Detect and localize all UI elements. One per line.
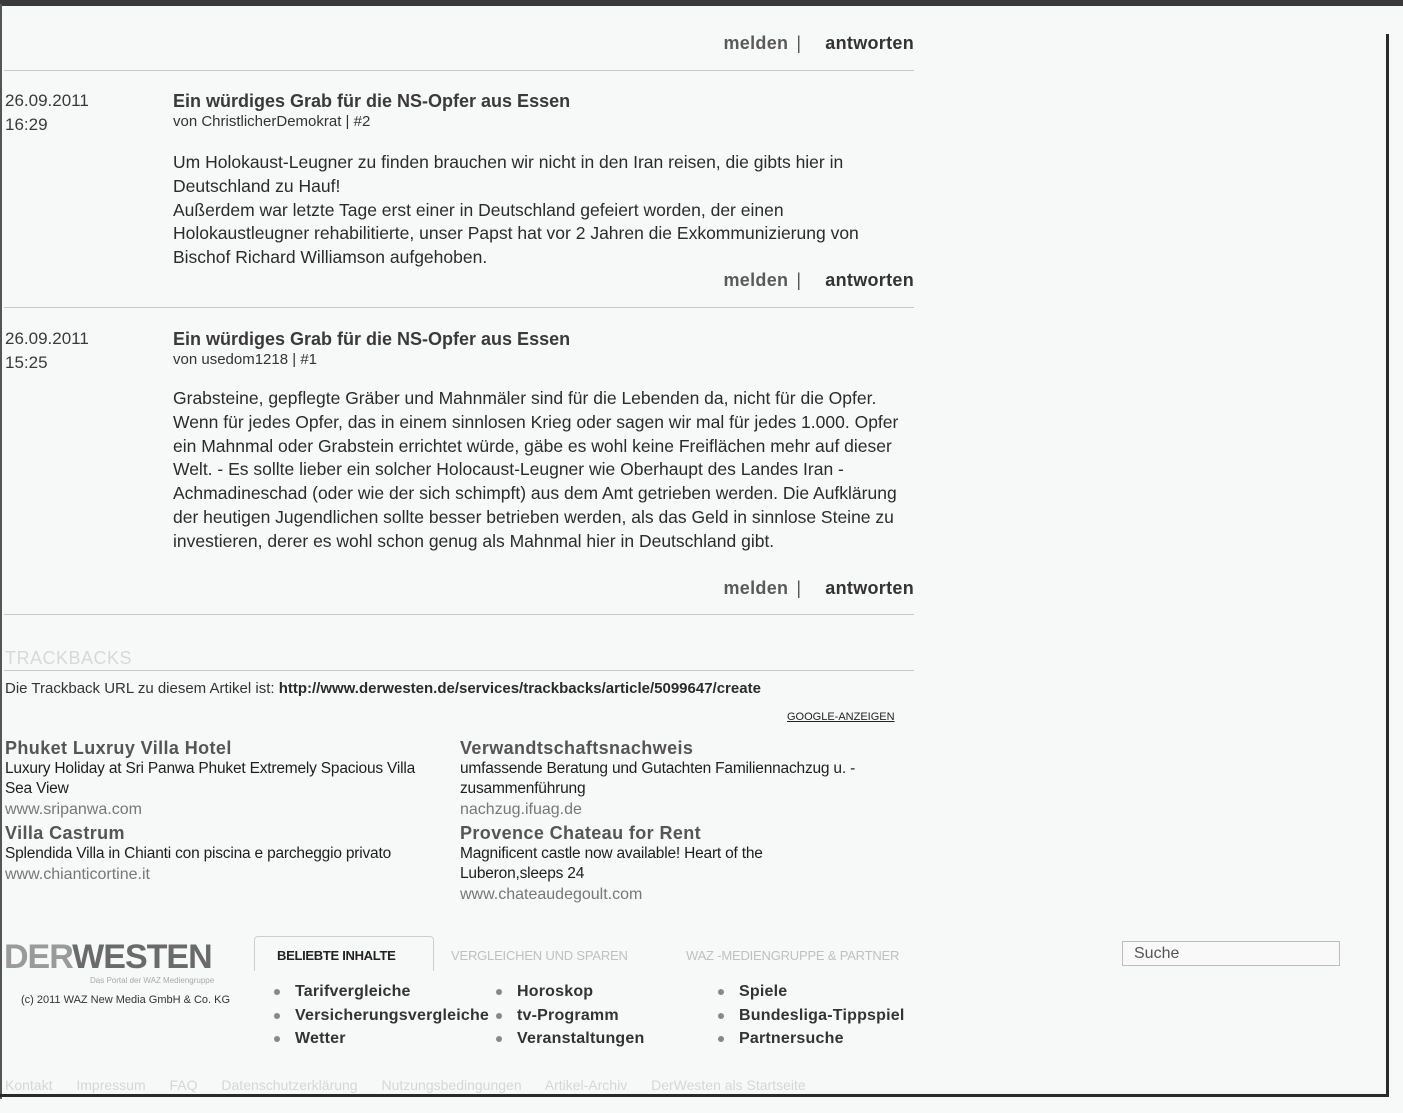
comment-time: 15:25 xyxy=(5,351,89,375)
actions-separator: | xyxy=(796,270,801,290)
ad-title[interactable]: Phuket Luxruy Villa Hotel xyxy=(5,737,455,759)
ad-item[interactable]: Phuket Luxruy Villa Hotel Luxury Holiday… xyxy=(5,737,455,820)
ad-url[interactable]: www.sripanwa.com xyxy=(5,799,455,820)
footer-link-nutzungsbedingungen[interactable]: Nutzungsbedingungen xyxy=(381,1077,521,1093)
ad-url[interactable]: nachzug.ifuag.de xyxy=(460,799,910,820)
footer-link-horoskop[interactable]: Horoskop xyxy=(496,980,644,1004)
tab-label: BELIEBTE INHALTE xyxy=(277,948,395,963)
footer-link-spiele[interactable]: Spiele xyxy=(718,980,905,1004)
comment-title[interactable]: Ein würdiges Grab für die NS-Opfer aus E… xyxy=(173,327,570,351)
comment-paragraph: Grabsteine, gepflegte Gräber und Mahnmäl… xyxy=(173,387,913,554)
ad-item[interactable]: Provence Chateau for Rent Magnificent ca… xyxy=(460,822,910,905)
actions-separator: | xyxy=(796,578,801,598)
footer-links: Kontakt Impressum FAQ Datenschutzerkläru… xyxy=(5,1077,826,1093)
comment-body: Grabsteine, gepflegte Gräber und Mahnmäl… xyxy=(173,387,913,554)
actions-separator: | xyxy=(796,33,801,53)
ad-url[interactable]: www.chateaudegoult.com xyxy=(460,884,910,905)
page-right-border xyxy=(1386,34,1389,1096)
report-link[interactable]: melden xyxy=(723,33,788,53)
comment-author[interactable]: von usedom1218 | #1 xyxy=(173,351,317,368)
comment-time: 16:29 xyxy=(5,113,89,137)
reply-link[interactable]: antworten xyxy=(825,578,914,598)
logo-der: DER xyxy=(4,938,72,976)
reply-link[interactable]: antworten xyxy=(825,270,914,290)
trackbacks-heading: TRACKBACKS xyxy=(5,648,132,669)
trackback-info: Die Trackback URL zu diesem Artikel ist:… xyxy=(5,680,761,697)
ad-item[interactable]: Villa Castrum Splendida Villa in Chianti… xyxy=(5,822,455,885)
comment-title[interactable]: Ein würdiges Grab für die NS-Opfer aus E… xyxy=(173,89,570,113)
footer-link-partnersuche[interactable]: Partnersuche xyxy=(718,1027,905,1051)
google-ads-label[interactable]: GOOGLE-ANZEIGEN xyxy=(787,711,895,723)
tab-vergleichen-und-sparen[interactable]: VERGLEICHEN UND SPAREN xyxy=(451,948,628,963)
footer-link-startseite[interactable]: DerWesten als Startseite xyxy=(651,1077,806,1093)
popular-links-list: Tarifvergleiche Versicherungsvergleiche … xyxy=(274,980,489,1051)
footer-link-kontakt[interactable]: Kontakt xyxy=(5,1077,52,1093)
footer-link-faq[interactable]: FAQ xyxy=(170,1077,198,1093)
comment-date: 26.09.2011 xyxy=(5,327,89,351)
page-bottom-border xyxy=(0,1094,1389,1097)
ad-title[interactable]: Provence Chateau for Rent xyxy=(460,822,910,844)
footer-link-tv-programm[interactable]: tv-Programm xyxy=(496,1004,644,1028)
comment-divider xyxy=(4,614,914,615)
footer-link-impressum[interactable]: Impressum xyxy=(76,1077,145,1093)
logo-westen: WESTEN xyxy=(72,938,211,976)
comment-paragraph: Um Holokaust-Leugner zu finden brauchen … xyxy=(173,151,913,199)
footer-link-veranstaltungen[interactable]: Veranstaltungen xyxy=(496,1027,644,1051)
comment-divider xyxy=(4,307,914,308)
report-link[interactable]: melden xyxy=(723,578,788,598)
footer-link-datenschutz[interactable]: Datenschutzerklärung xyxy=(221,1077,357,1093)
comment-datetime: 26.09.2011 16:29 xyxy=(5,89,89,137)
comment-body: Um Holokaust-Leugner zu finden brauchen … xyxy=(173,151,913,270)
comment-paragraph: Außerdem war letzte Tage erst einer in D… xyxy=(173,199,913,270)
ad-text: umfassende Beratung und Gutachten Famili… xyxy=(460,759,915,799)
trackbacks-divider xyxy=(4,670,914,671)
footer-link-tarifvergleiche[interactable]: Tarifvergleiche xyxy=(274,980,489,1004)
comment-author[interactable]: von ChristlicherDemokrat | #2 xyxy=(173,113,370,130)
search-input[interactable] xyxy=(1122,941,1340,966)
comment-divider xyxy=(4,70,914,71)
scan-top-edge xyxy=(0,0,1403,6)
ad-url[interactable]: www.chianticortine.it xyxy=(5,864,455,885)
copyright: (c) 2011 WAZ New Media GmbH & Co. KG xyxy=(21,994,230,1006)
ad-text: Luxury Holiday at Sri Panwa Phuket Extre… xyxy=(5,759,435,799)
popular-links-list: Horoskop tv-Programm Veranstaltungen xyxy=(496,980,644,1051)
comment-actions: melden|antworten xyxy=(600,33,914,54)
ad-title[interactable]: Verwandtschaftsnachweis xyxy=(460,737,910,759)
ad-item[interactable]: Verwandtschaftsnachweis umfassende Berat… xyxy=(460,737,910,820)
trackback-url[interactable]: http://www.derwesten.de/services/trackba… xyxy=(279,680,761,697)
ad-title[interactable]: Villa Castrum xyxy=(5,822,455,844)
popular-links-list: Spiele Bundesliga-Tippspiel Partnersuche xyxy=(718,980,905,1051)
tab-beliebte-inhalte[interactable]: BELIEBTE INHALTE xyxy=(254,936,434,971)
footer-link-wetter[interactable]: Wetter xyxy=(274,1027,489,1051)
trackback-label: Die Trackback URL zu diesem Artikel ist: xyxy=(5,680,275,697)
footer-link-bundesliga-tippspiel[interactable]: Bundesliga-Tippspiel xyxy=(718,1004,905,1028)
reply-link[interactable]: antworten xyxy=(825,33,914,53)
derwesten-logo[interactable]: DERWESTEN xyxy=(4,937,212,977)
ad-text: Splendida Villa in Chianti con piscina e… xyxy=(5,844,455,864)
comment-datetime: 26.09.2011 15:25 xyxy=(5,327,89,375)
logo-tagline: Das Portal der WAZ Mediengruppe xyxy=(90,976,214,985)
report-link[interactable]: melden xyxy=(723,270,788,290)
page-left-border xyxy=(0,4,2,1099)
tab-waz-mediengruppe-partner[interactable]: WAZ -MEDIENGRUPPE & PARTNER xyxy=(686,948,899,963)
comment-actions: melden|antworten xyxy=(600,270,914,291)
footer-link-artikel-archiv[interactable]: Artikel-Archiv xyxy=(545,1077,627,1093)
comment-date: 26.09.2011 xyxy=(5,89,89,113)
footer-link-versicherungsvergleiche[interactable]: Versicherungsvergleiche xyxy=(274,1004,489,1028)
ad-text: Magnificent castle now available! Heart … xyxy=(460,844,810,884)
comment-actions: melden|antworten xyxy=(600,578,914,599)
